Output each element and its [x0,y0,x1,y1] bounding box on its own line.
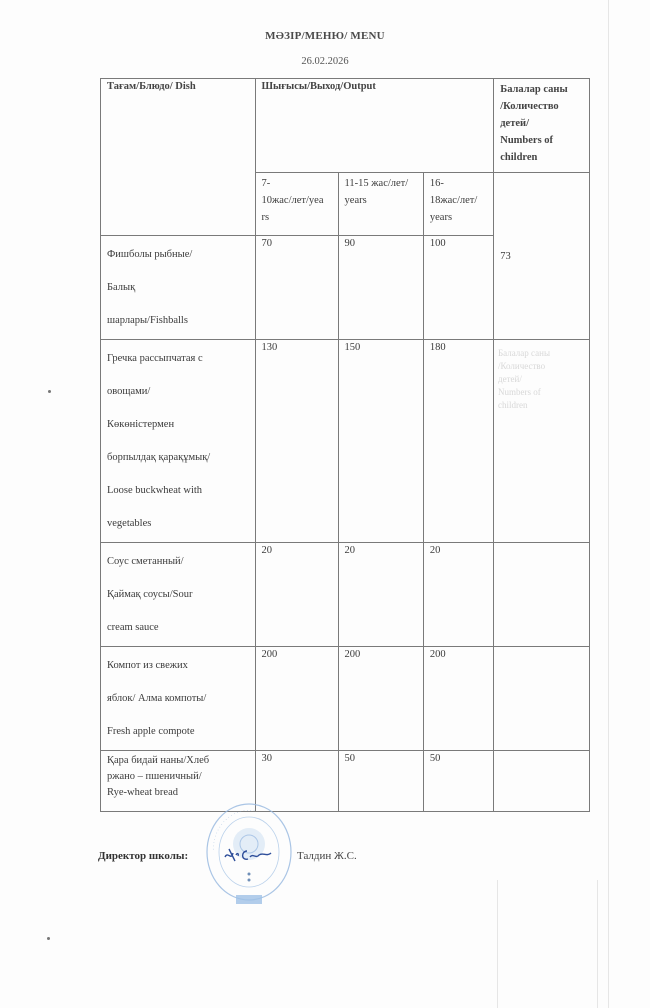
director-name: Талдин Ж.С. [297,850,357,862]
portion-16-18: 50 [423,751,493,812]
children-cell-empty [494,647,590,751]
margin-mark [47,937,50,940]
bleed-through-line [597,880,598,1008]
dish-name: Гречка рассыпчатая с овощами/ Көкөністер… [101,340,256,543]
dish-name: Соус сметанный/ Қаймақ соусы/Sour cream … [101,543,256,647]
portion-16-18: 100 [423,236,493,340]
table-row: Гречка рассыпчатая с овощами/ Көкөністер… [101,340,590,543]
header-output: Шығысы/Выход/Output [255,79,494,173]
header-age-7-10: 7- 10жас/лет/yea rs [255,173,338,236]
bleed-through-line [608,0,609,1008]
portion-7-10: 70 [255,236,338,340]
children-cell-empty [494,340,590,543]
signature-icon [223,843,273,865]
table-row: Соус сметанный/ Қаймақ соусы/Sour cream … [101,543,590,647]
dish-name: Фишболы рыбные/ Балық шарлары/Fishballs [101,236,256,340]
director-label: Директор школы: [98,850,188,862]
portion-7-10: 20 [255,543,338,647]
portion-16-18: 180 [423,340,493,543]
menu-table: Тағам/Блюдо/ Dish Шығысы/Выход/Output Ба… [100,78,590,812]
bleed-through-line [497,880,498,1008]
children-cell-empty [494,543,590,647]
portion-11-15: 90 [338,236,423,340]
portion-11-15: 20 [338,543,423,647]
page-title: МӘЗІР/МЕНЮ/ MENU [0,30,650,42]
portion-11-15: 200 [338,647,423,751]
header-age-11-15: 11-15 жас/лет/ years [338,173,423,236]
table-row: Қара бидай наны/Хлеб ржано – пшеничный/ … [101,751,590,812]
children-count: 73 [494,173,590,340]
portion-7-10: 130 [255,340,338,543]
children-cell-empty [494,751,590,812]
header-children: Балалар саны /Количество детей/ Numbers … [494,79,590,173]
header-age-16-18: 16- 18жас/лет/ years [423,173,493,236]
portion-16-18: 200 [423,647,493,751]
portion-11-15: 50 [338,751,423,812]
table-row: Компот из свежих яблок/ Алма компоты/ Fr… [101,647,590,751]
portion-11-15: 150 [338,340,423,543]
menu-date: 26.02.2026 [0,56,650,67]
dish-name: Компот из свежих яблок/ Алма компоты/ Fr… [101,647,256,751]
header-dish: Тағам/Блюдо/ Dish [101,79,256,236]
portion-16-18: 20 [423,543,493,647]
portion-7-10: 200 [255,647,338,751]
margin-mark [48,390,51,393]
table-header-row: Тағам/Блюдо/ Dish Шығысы/Выход/Output Ба… [101,79,590,173]
